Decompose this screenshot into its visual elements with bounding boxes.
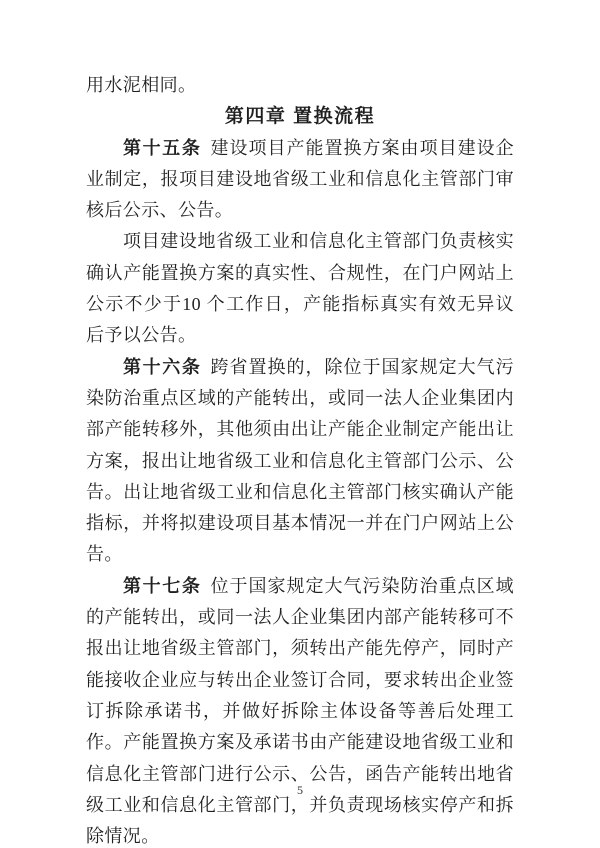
paragraph-verification: 项目建设地省级工业和信息化主管部门负责核实确认产能置换方案的真实性、合规性，在门…: [86, 226, 514, 351]
verification-text: 项目建设地省级工业和信息化主管部门负责核实确认产能置换方案的真实性、合规性，在门…: [86, 231, 514, 345]
paragraph-article-17: 第十七条位于国家规定大气污染防治重点区域的产能转出，或同一法人企业集团内部产能转…: [86, 571, 514, 848]
page-footer: 5: [0, 781, 600, 799]
article-17-text: 位于国家规定大气污染防治重点区域的产能转出，或同一法人企业集团内部产能转移可不报…: [86, 576, 514, 846]
article-16-number: 第十六条: [123, 357, 201, 377]
paragraph-continuation: 用水泥相同。: [86, 70, 514, 101]
document-content: 用水泥相同。 第四章 置换流程 第十五条建设项目产能置换方案由项目建设企业制定，…: [86, 70, 514, 848]
page-number: 5: [297, 783, 303, 797]
paragraph-article-16: 第十六条跨省置换的，除位于国家规定大气污染防治重点区域的产能转出，或同一法人企业…: [86, 352, 514, 571]
paragraph-article-15: 第十五条建设项目产能置换方案由项目建设企业制定，报项目建设地省级工业和信息化主管…: [86, 133, 514, 227]
chapter-heading: 第四章 置换流程: [86, 101, 514, 132]
article-17-number: 第十七条: [123, 576, 201, 596]
article-16-text: 跨省置换的，除位于国家规定大气污染防治重点区域的产能转出，或同一法人企业集团内部…: [86, 357, 514, 565]
document-page: 用水泥相同。 第四章 置换流程 第十五条建设项目产能置换方案由项目建设企业制定，…: [0, 0, 600, 848]
article-15-number: 第十五条: [123, 138, 201, 158]
